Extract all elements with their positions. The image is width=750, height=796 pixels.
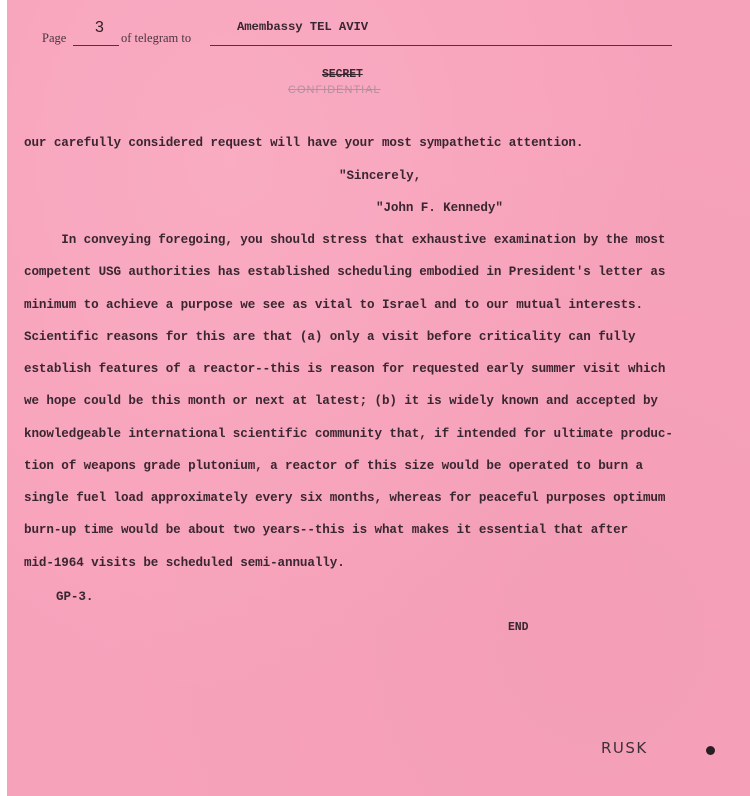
page-number: 3	[95, 19, 104, 37]
page-number-line	[73, 45, 119, 46]
classification-confidential-struck: CONFIDENTIAL	[288, 84, 381, 96]
classification-secret: SECRET	[322, 68, 363, 81]
paragraph-line: we hope could be this month or next at l…	[24, 394, 658, 408]
paragraph-line: competent USG authorities has establishe…	[24, 265, 665, 279]
paragraph-line: In conveying foregoing, you should stres…	[24, 233, 665, 247]
paragraph-line: mid-1964 visits be scheduled semi-annual…	[24, 556, 345, 570]
ink-blot	[706, 746, 715, 755]
paragraph-line: minimum to achieve a purpose we see as v…	[24, 298, 643, 312]
paragraph-line: knowledgeable international scientific c…	[24, 427, 673, 441]
paragraph-line: burn-up time would be about two years--t…	[24, 523, 628, 537]
recipient-line	[210, 45, 672, 46]
signature-kennedy: "John F. Kennedy"	[376, 201, 503, 215]
gp-marking: GP-3.	[56, 590, 93, 604]
telegram-to-label: of telegram to	[121, 31, 191, 46]
paragraph-line: establish features of a reactor--this is…	[24, 362, 665, 376]
end-marker: END	[508, 621, 528, 634]
closing-sincerely: "Sincerely,	[339, 169, 421, 183]
paragraph-line: single fuel load approximately every six…	[24, 491, 665, 505]
page-label: Page	[42, 31, 66, 46]
recipient: Amembassy TEL AVIV	[237, 20, 368, 34]
paragraph-line: Scientific reasons for this are that (a)…	[24, 330, 636, 344]
telegram-page: Page 3 of telegram to Amembassy TEL AVIV…	[7, 0, 750, 796]
paragraph-line: tion of weapons grade plutonium, a react…	[24, 459, 643, 473]
signatory-rusk: RUSK	[601, 739, 648, 757]
opening-line: our carefully considered request will ha…	[24, 136, 583, 150]
